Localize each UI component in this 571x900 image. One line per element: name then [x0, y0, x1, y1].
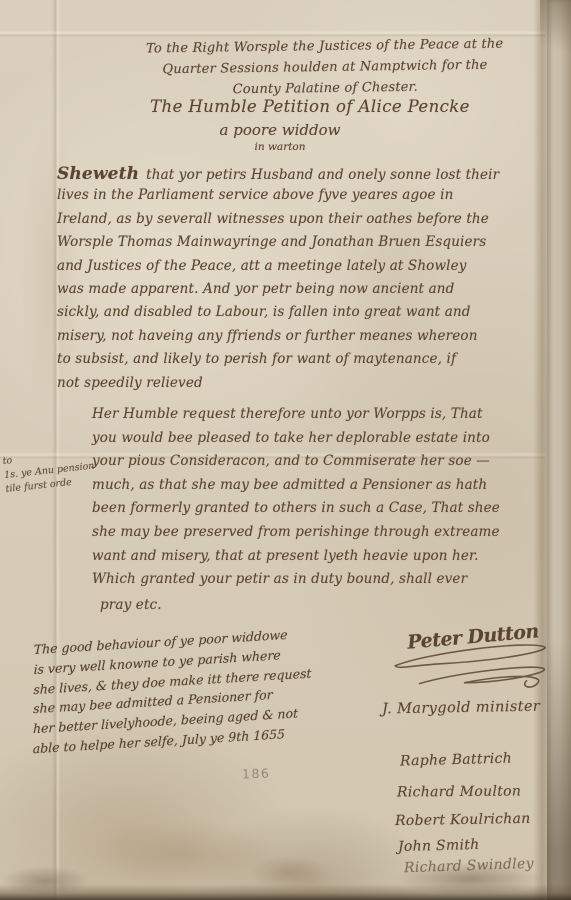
witness-signature-3: Robert Koulrichan: [395, 811, 531, 829]
body-line-7: sickly, and disabled to Labour, is falle…: [57, 304, 545, 327]
corner-curl: [540, 0, 571, 90]
petition-heading: To the Right Worsple the Justices of the…: [118, 33, 533, 102]
request-line-6: she may bee preserved from perishinge th…: [92, 524, 547, 548]
under-sheet-edge: [547, 0, 571, 900]
body-line-8: misery, not haveing any ffriends or furt…: [57, 328, 545, 351]
page-number-pencil: 186: [242, 766, 271, 782]
witness-signature-4: John Smith: [398, 837, 480, 855]
petition-subtitle: a poore widdow: [195, 121, 365, 139]
request-line-7: want and misery, that at present lyeth h…: [92, 548, 547, 572]
signature-minister: J. Marygold minister: [382, 699, 540, 718]
body-opening-word: Sheweth: [57, 164, 139, 184]
body-line-3: Ireland, as by severall witnesses upon t…: [57, 211, 545, 234]
request-closing: pray etc.: [100, 597, 547, 621]
body-line-2: lives in the Parliament service above fy…: [57, 187, 545, 210]
request-line-8: Which granted your petir as in duty boun…: [92, 571, 547, 595]
body-line-9: to subsist, and likely to perish for wan…: [57, 351, 545, 374]
petition-place: in warton: [225, 141, 335, 153]
request-paragraph: Her Humble request therefore unto yor Wo…: [92, 406, 547, 620]
witness-signature-2: Richard Moulton: [397, 783, 521, 800]
body-paragraph: Sheweth that yor petirs Husband and onel…: [57, 164, 545, 398]
body-line-5: and Justices of the Peace, att a meeting…: [57, 258, 545, 281]
request-line-4: much, as that she may bee admitted a Pen…: [92, 477, 547, 501]
bottom-edge-shadow: [0, 884, 571, 900]
request-line-5: been formerly granted to others in such …: [92, 500, 547, 524]
body-line-1-text: that yor petirs Husband and onely sonne …: [146, 167, 499, 183]
body-line-4: Worsple Thomas Mainwayringe and Jonathan…: [57, 234, 545, 257]
body-line-1: Sheweth that yor petirs Husband and onel…: [57, 164, 545, 187]
endorsement-note: The good behaviour of ye poor widdowe is…: [33, 620, 374, 759]
request-line-1: Her Humble request therefore unto yor Wo…: [92, 406, 547, 430]
document-scan: To the Right Worsple the Justices of the…: [0, 0, 571, 900]
body-line-6: was made apparent. And yor petr being no…: [57, 281, 545, 304]
witness-signature-1: Raphe Battrich: [400, 751, 512, 770]
petition-title: The Humble Petition of Alice Pencke: [140, 97, 480, 116]
request-line-3: your pious Consideracon, and to Commiser…: [92, 453, 547, 477]
body-line-10: not speedily relieved: [57, 375, 545, 398]
request-line-2: you would bee pleased to take her deplor…: [92, 430, 547, 454]
